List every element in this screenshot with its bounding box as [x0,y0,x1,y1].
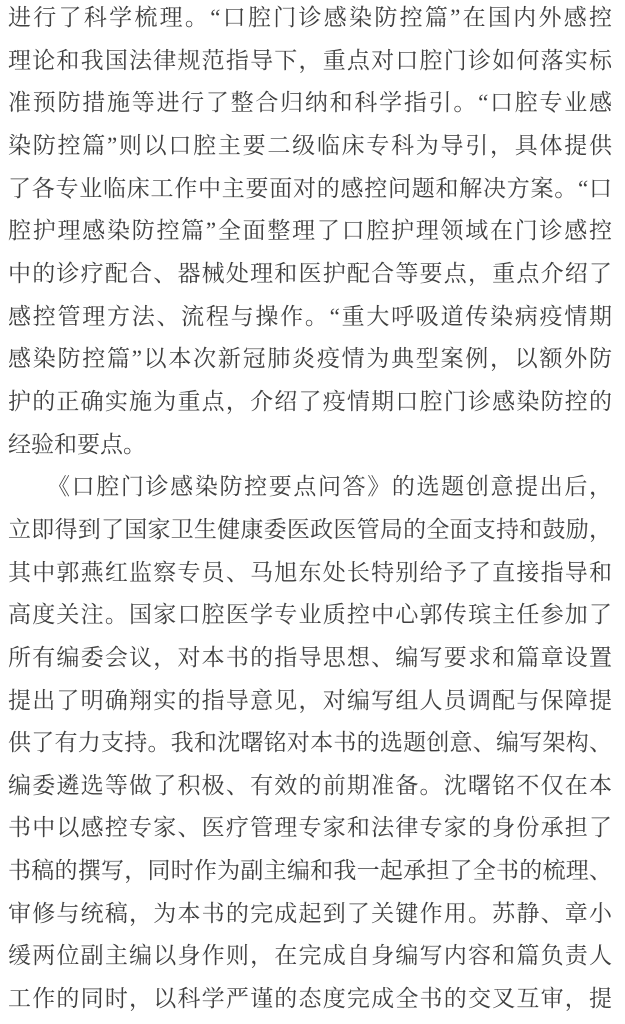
text-line: 所有编委会议，对本书的指导思想、编写要求和篇章设置 [8,637,612,680]
text-line: 书稿的撰写，同时作为副主编和我一起承担了全书的梳理、 [8,850,612,893]
text-line: 染防控篇”则以口腔主要二级临床专科为导引，具体提供 [8,125,612,168]
text-line: 书中以感控专家、医疗管理专家和法律专家的身份承担了 [8,807,612,850]
text-line: 缓两位副主编以身作则，在完成自身编写内容和篇负责人 [8,935,612,978]
text-line: 了各专业临床工作中主要面对的感控问题和解决方案。“口 [8,168,612,211]
text-line: 准预防措施等进行了整合归纳和科学指引。“口腔专业感 [8,82,612,125]
text-line: 编委遴选等做了积极、有效的前期准备。沈曙铭不仅在本 [8,765,612,808]
document-page: 进行了科学梳理。“口腔门诊感染防控篇”在国内外感控理论和我国法律规范指导下，重点… [0,0,625,1024]
text-line: 审修与统稿，为本书的完成起到了关键作用。苏静、章小 [8,893,612,936]
text-line: 工作的同时，以科学严谨的态度完成全书的交叉互审，提 [8,978,612,1021]
text-line: 《口腔门诊感染防控要点问答》的选题创意提出后， [8,466,612,509]
text-line: 中的诊疗配合、器械处理和医护配合等要点，重点介绍了 [8,253,612,296]
text-line: 提出了明确翔实的指导意见，对编写组人员调配与保障提 [8,680,612,723]
text-line: 理论和我国法律规范指导下，重点对口腔门诊如何落实标 [8,40,612,83]
text-line: 感控管理方法、流程与操作。“重大呼吸道传染病疫情期 [8,296,612,339]
text-line: 护的正确实施为重点，介绍了疫情期口腔门诊感染防控的 [8,381,612,424]
text-line: 感染防控篇”以本次新冠肺炎疫情为典型案例，以额外防 [8,338,612,381]
text-line: 立即得到了国家卫生健康委医政医管局的全面支持和鼓励， [8,509,612,552]
text-line: 高度关注。国家口腔医学专业质控中心郭传瑸主任参加了 [8,594,612,637]
text-line: 腔护理感染防控篇”全面整理了口腔护理领域在门诊感控 [8,210,612,253]
text-line: 经验和要点。 [8,424,612,467]
text-line: 进行了科学梳理。“口腔门诊感染防控篇”在国内外感控 [8,0,612,40]
text-line: 供了有力支持。我和沈曙铭对本书的选题创意、编写架构、 [8,722,612,765]
page-text: 进行了科学梳理。“口腔门诊感染防控篇”在国内外感控理论和我国法律规范指导下，重点… [0,0,625,1021]
text-line: 其中郭燕红监察专员、马旭东处长特别给予了直接指导和 [8,552,612,595]
